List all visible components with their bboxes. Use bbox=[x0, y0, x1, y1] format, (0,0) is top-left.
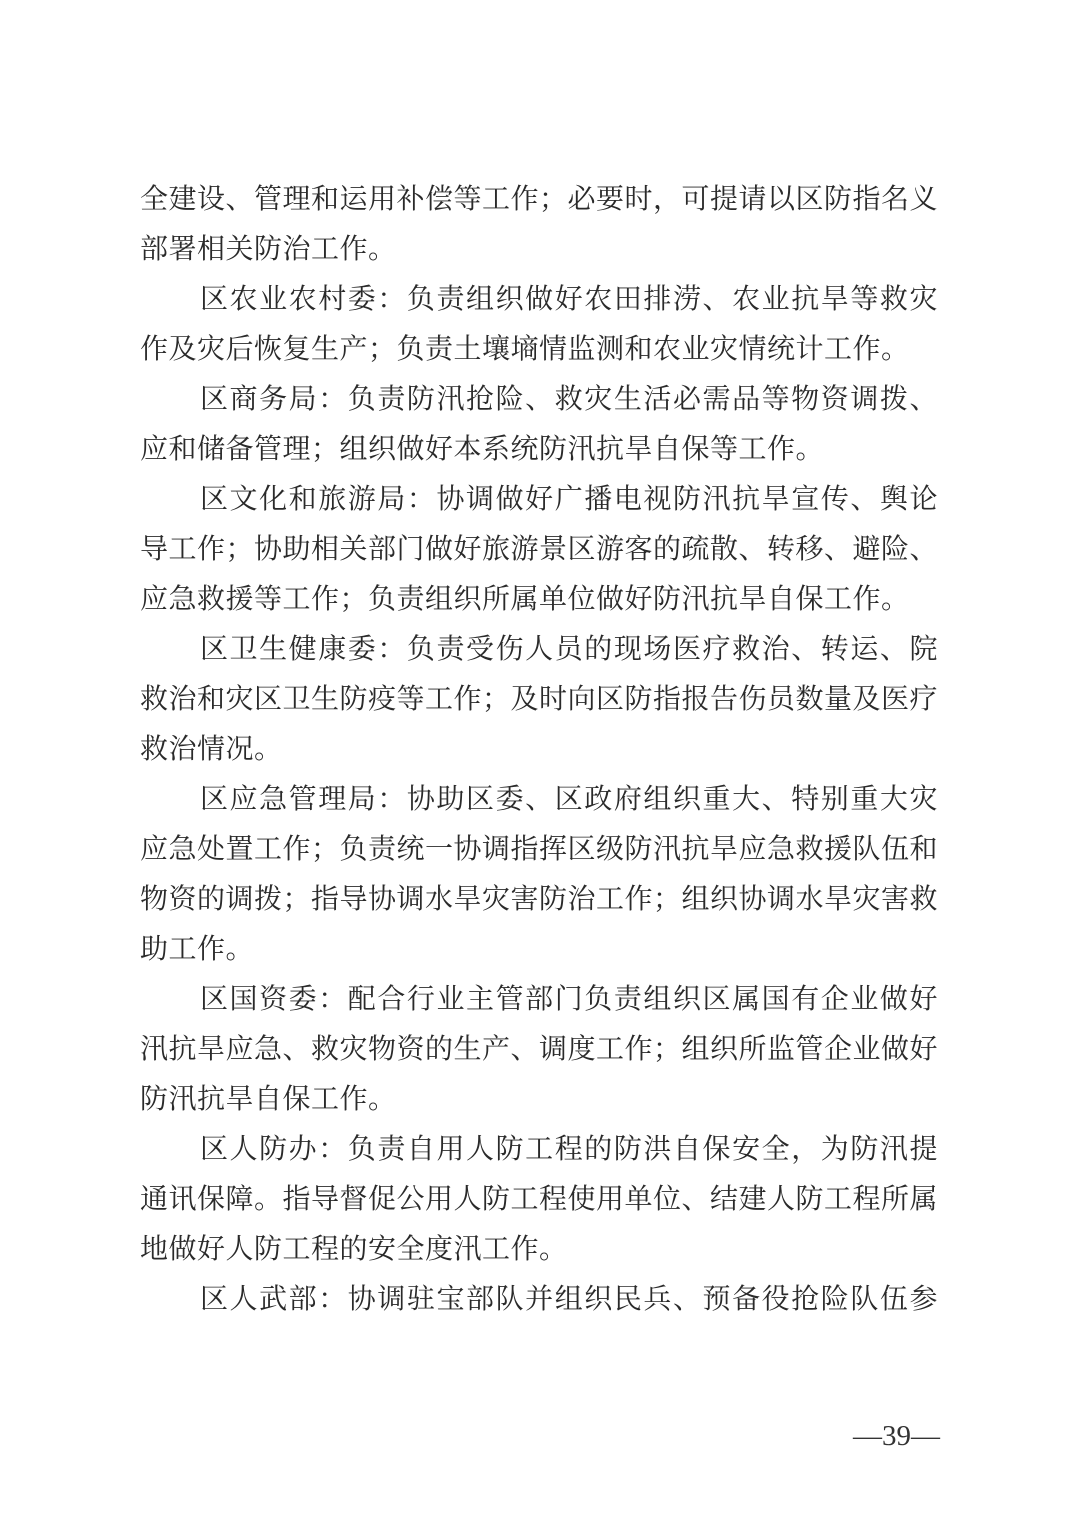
text-line: 区国资委：配合行业主管部门负责组织区属国有企业做好防 bbox=[140, 975, 938, 1025]
text-line: 应急救援等工作；负责组织所属单位做好防汛抗旱自保工作。 bbox=[140, 575, 938, 625]
text-line: 应和储备管理；组织做好本系统防汛抗旱自保等工作。 bbox=[140, 425, 938, 475]
text-line: 作及灾后恢复生产；负责土壤墒情监测和农业灾情统计工作。 bbox=[140, 325, 938, 375]
text-line: 救治情况。 bbox=[140, 725, 938, 775]
text-line: 全建设、管理和运用补偿等工作；必要时，可提请以区防指名义 bbox=[140, 175, 938, 225]
text-line: 防汛抗旱自保工作。 bbox=[140, 1075, 938, 1125]
document-page: 全建设、管理和运用补偿等工作；必要时，可提请以区防指名义部署相关防治工作。区农业… bbox=[0, 0, 1074, 1520]
text-line: 区农业农村委：负责组织做好农田排涝、农业抗旱等救灾工 bbox=[140, 275, 938, 325]
text-line: 助工作。 bbox=[140, 925, 938, 975]
text-line: 区人武部：协调驻宝部队并组织民兵、预备役抢险队伍参加 bbox=[140, 1275, 938, 1325]
text-line: 区应急管理局：协助区委、区政府组织重大、特别重大灾害 bbox=[140, 775, 938, 825]
text-line: 地做好人防工程的安全度汛工作。 bbox=[140, 1225, 938, 1275]
text-line: 区卫生健康委：负责受伤人员的现场医疗救治、转运、院内 bbox=[140, 625, 938, 675]
text-line: 物资的调拨；指导协调水旱灾害防治工作；组织协调水旱灾害救 bbox=[140, 875, 938, 925]
text-line: 导工作；协助相关部门做好旅游景区游客的疏散、转移、避险、 bbox=[140, 525, 938, 575]
text-line: 汛抗旱应急、救灾物资的生产、调度工作；组织所监管企业做好 bbox=[140, 1025, 938, 1075]
text-line: 通讯保障。指导督促公用人防工程使用单位、结建人防工程所属 bbox=[140, 1175, 938, 1225]
text-line: 区商务局：负责防汛抢险、救灾生活必需品等物资调拨、供 bbox=[140, 375, 938, 425]
text-line: 救治和灾区卫生防疫等工作；及时向区防指报告伤员数量及医疗 bbox=[140, 675, 938, 725]
document-body: 全建设、管理和运用补偿等工作；必要时，可提请以区防指名义部署相关防治工作。区农业… bbox=[140, 175, 938, 1325]
text-line: 区文化和旅游局：协调做好广播电视防汛抗旱宣传、舆论引 bbox=[140, 475, 938, 525]
text-line: 应急处置工作；负责统一协调指挥区级防汛抗旱应急救援队伍和 bbox=[140, 825, 938, 875]
text-line: 区人防办：负责自用人防工程的防洪自保安全，为防汛提供 bbox=[140, 1125, 938, 1175]
page-number: —39— bbox=[853, 1420, 940, 1452]
text-line: 部署相关防治工作。 bbox=[140, 225, 938, 275]
